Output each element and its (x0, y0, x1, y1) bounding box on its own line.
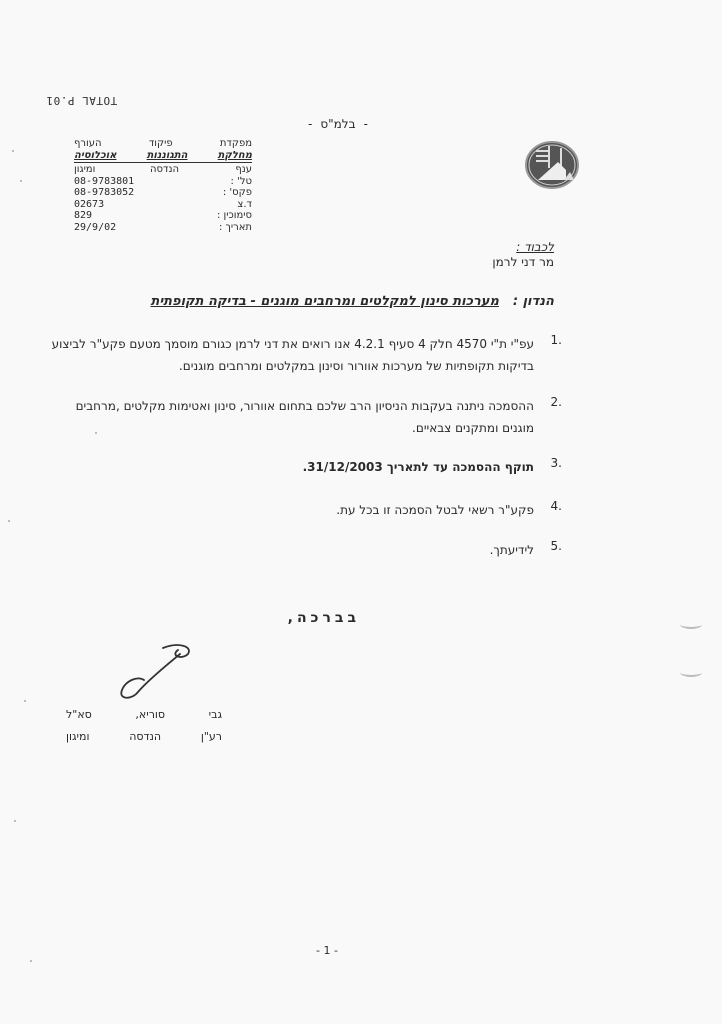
subheader-col: התגוננות (147, 150, 188, 162)
info-value: ומיגון (74, 164, 137, 176)
item-text: ההסמכה ניתנה בעקבות הניסיון הרב שלכם בתח… (42, 395, 534, 439)
emblem-logo-icon (524, 140, 580, 190)
subheader-col: אוכלוסיה (74, 150, 116, 162)
sender-info-block: מפקדת פיקוד העורף מחלקת התגוננות אוכלוסי… (74, 138, 252, 233)
info-row: ענףהנדסהומיגון (74, 164, 252, 176)
subject-label: הנדון : (513, 294, 554, 309)
info-label: ד.צ (192, 199, 252, 211)
item-text: עפ"י ת"י 4570 חלק 4 סעיף 4.2.1 אנו רואים… (42, 333, 534, 377)
addressee-name: מר דני לרמן (492, 255, 554, 270)
scan-speck (20, 180, 22, 182)
fax-header: TOTAL P.01 (46, 94, 117, 107)
signer-text: הנדסה (129, 726, 161, 748)
punch-hole-mark (680, 620, 702, 629)
info-row: סימוכין :829 (74, 210, 252, 222)
info-label: טל' : (192, 176, 252, 188)
body-items: .1 עפ"י ת"י 4570 חלק 4 סעיף 4.2.1 אנו רו… (62, 333, 562, 573)
signer-text: גבי (209, 704, 222, 726)
subheader-col: מחלקת (218, 150, 252, 162)
sender-unit-header: מפקדת פיקוד העורף (74, 138, 252, 150)
item-number: .5 (534, 539, 562, 561)
info-label: ענף (192, 164, 252, 176)
item-text: תוקף ההסמכה עד לתאריך 31/12/2003. (303, 456, 534, 478)
signer-block: גבי סוריא, סא"ל רע"ן הנדסה ומיגון (66, 704, 222, 748)
signer-name-row: גבי סוריא, סא"ל (66, 704, 222, 726)
header-col: פיקוד (149, 138, 173, 150)
item-number: .3 (534, 456, 562, 478)
info-row: תאריך :29/9/02 (74, 222, 252, 234)
list-item: .2 ההסמכה ניתנה בעקבות הניסיון הרב שלכם … (42, 395, 562, 439)
addressee-block: לכבוד : מר דני לרמן (492, 240, 554, 270)
po-box-value: 02673 (74, 199, 137, 211)
punch-hole-mark (680, 668, 702, 677)
addressee-label: לכבוד : (492, 240, 554, 255)
info-label: פקס' : (192, 187, 252, 199)
list-item: .4 פקע"ר רשאי לבטל הסמכה זו בכל עת. (336, 499, 562, 521)
info-row: ד.צ02673 (74, 199, 252, 211)
signer-text: רע"ן (201, 726, 222, 748)
fax-value: 08-9783052 (74, 187, 137, 199)
scan-speck (14, 820, 16, 822)
info-mid: הנדסה (137, 164, 192, 176)
scan-speck (24, 700, 26, 702)
item-text: לידיעתך. (490, 539, 534, 561)
signer-text: סוריא, (135, 704, 165, 726)
signer-text: סא"ל (66, 704, 92, 726)
subject-text: מערכות סינון למקלטים ומרחבים מוגנים - בד… (150, 294, 498, 309)
scan-speck (12, 150, 14, 152)
phone-value: 08-9783801 (74, 176, 137, 188)
signer-title-row: רע"ן הנדסה ומיגון (66, 726, 222, 748)
item-number: .4 (534, 499, 562, 521)
page-number: - 1 - (316, 944, 338, 957)
closing-greeting: בברכה, (288, 610, 360, 626)
date-value: 29/9/02 (74, 222, 137, 234)
classification-text: בלמ"ס (320, 117, 355, 131)
signature-icon (108, 640, 198, 702)
info-label: סימוכין : (192, 210, 252, 222)
list-item: .5 לידיעתך. (490, 539, 562, 561)
item-number: .1 (534, 333, 562, 377)
list-item: .3 תוקף ההסמכה עד לתאריך 31/12/2003. (303, 456, 562, 478)
scan-speck (8, 520, 10, 522)
item-number: .2 (534, 395, 562, 439)
list-item: .1 עפ"י ת"י 4570 חלק 4 סעיף 4.2.1 אנו רו… (42, 333, 562, 377)
header-col: העורף (74, 138, 102, 150)
reference-value: 829 (74, 210, 137, 222)
info-label: תאריך : (192, 222, 252, 234)
subject-line: הנדון :מערכות סינון למקלטים ומרחבים מוגנ… (150, 294, 554, 309)
item-text: פקע"ר רשאי לבטל הסמכה זו בכל עת. (336, 499, 534, 521)
classification-marking: -בלמ"ס- (300, 117, 376, 131)
scan-speck (95, 432, 97, 434)
signer-text: ומיגון (66, 726, 89, 748)
info-row: פקס' :08-9783052 (74, 187, 252, 199)
info-row: טל' :08-9783801 (74, 176, 252, 188)
header-col: מפקדת (220, 138, 252, 150)
scan-speck (30, 960, 32, 962)
sender-department-header: מחלקת התגוננות אוכלוסיה (74, 150, 252, 164)
